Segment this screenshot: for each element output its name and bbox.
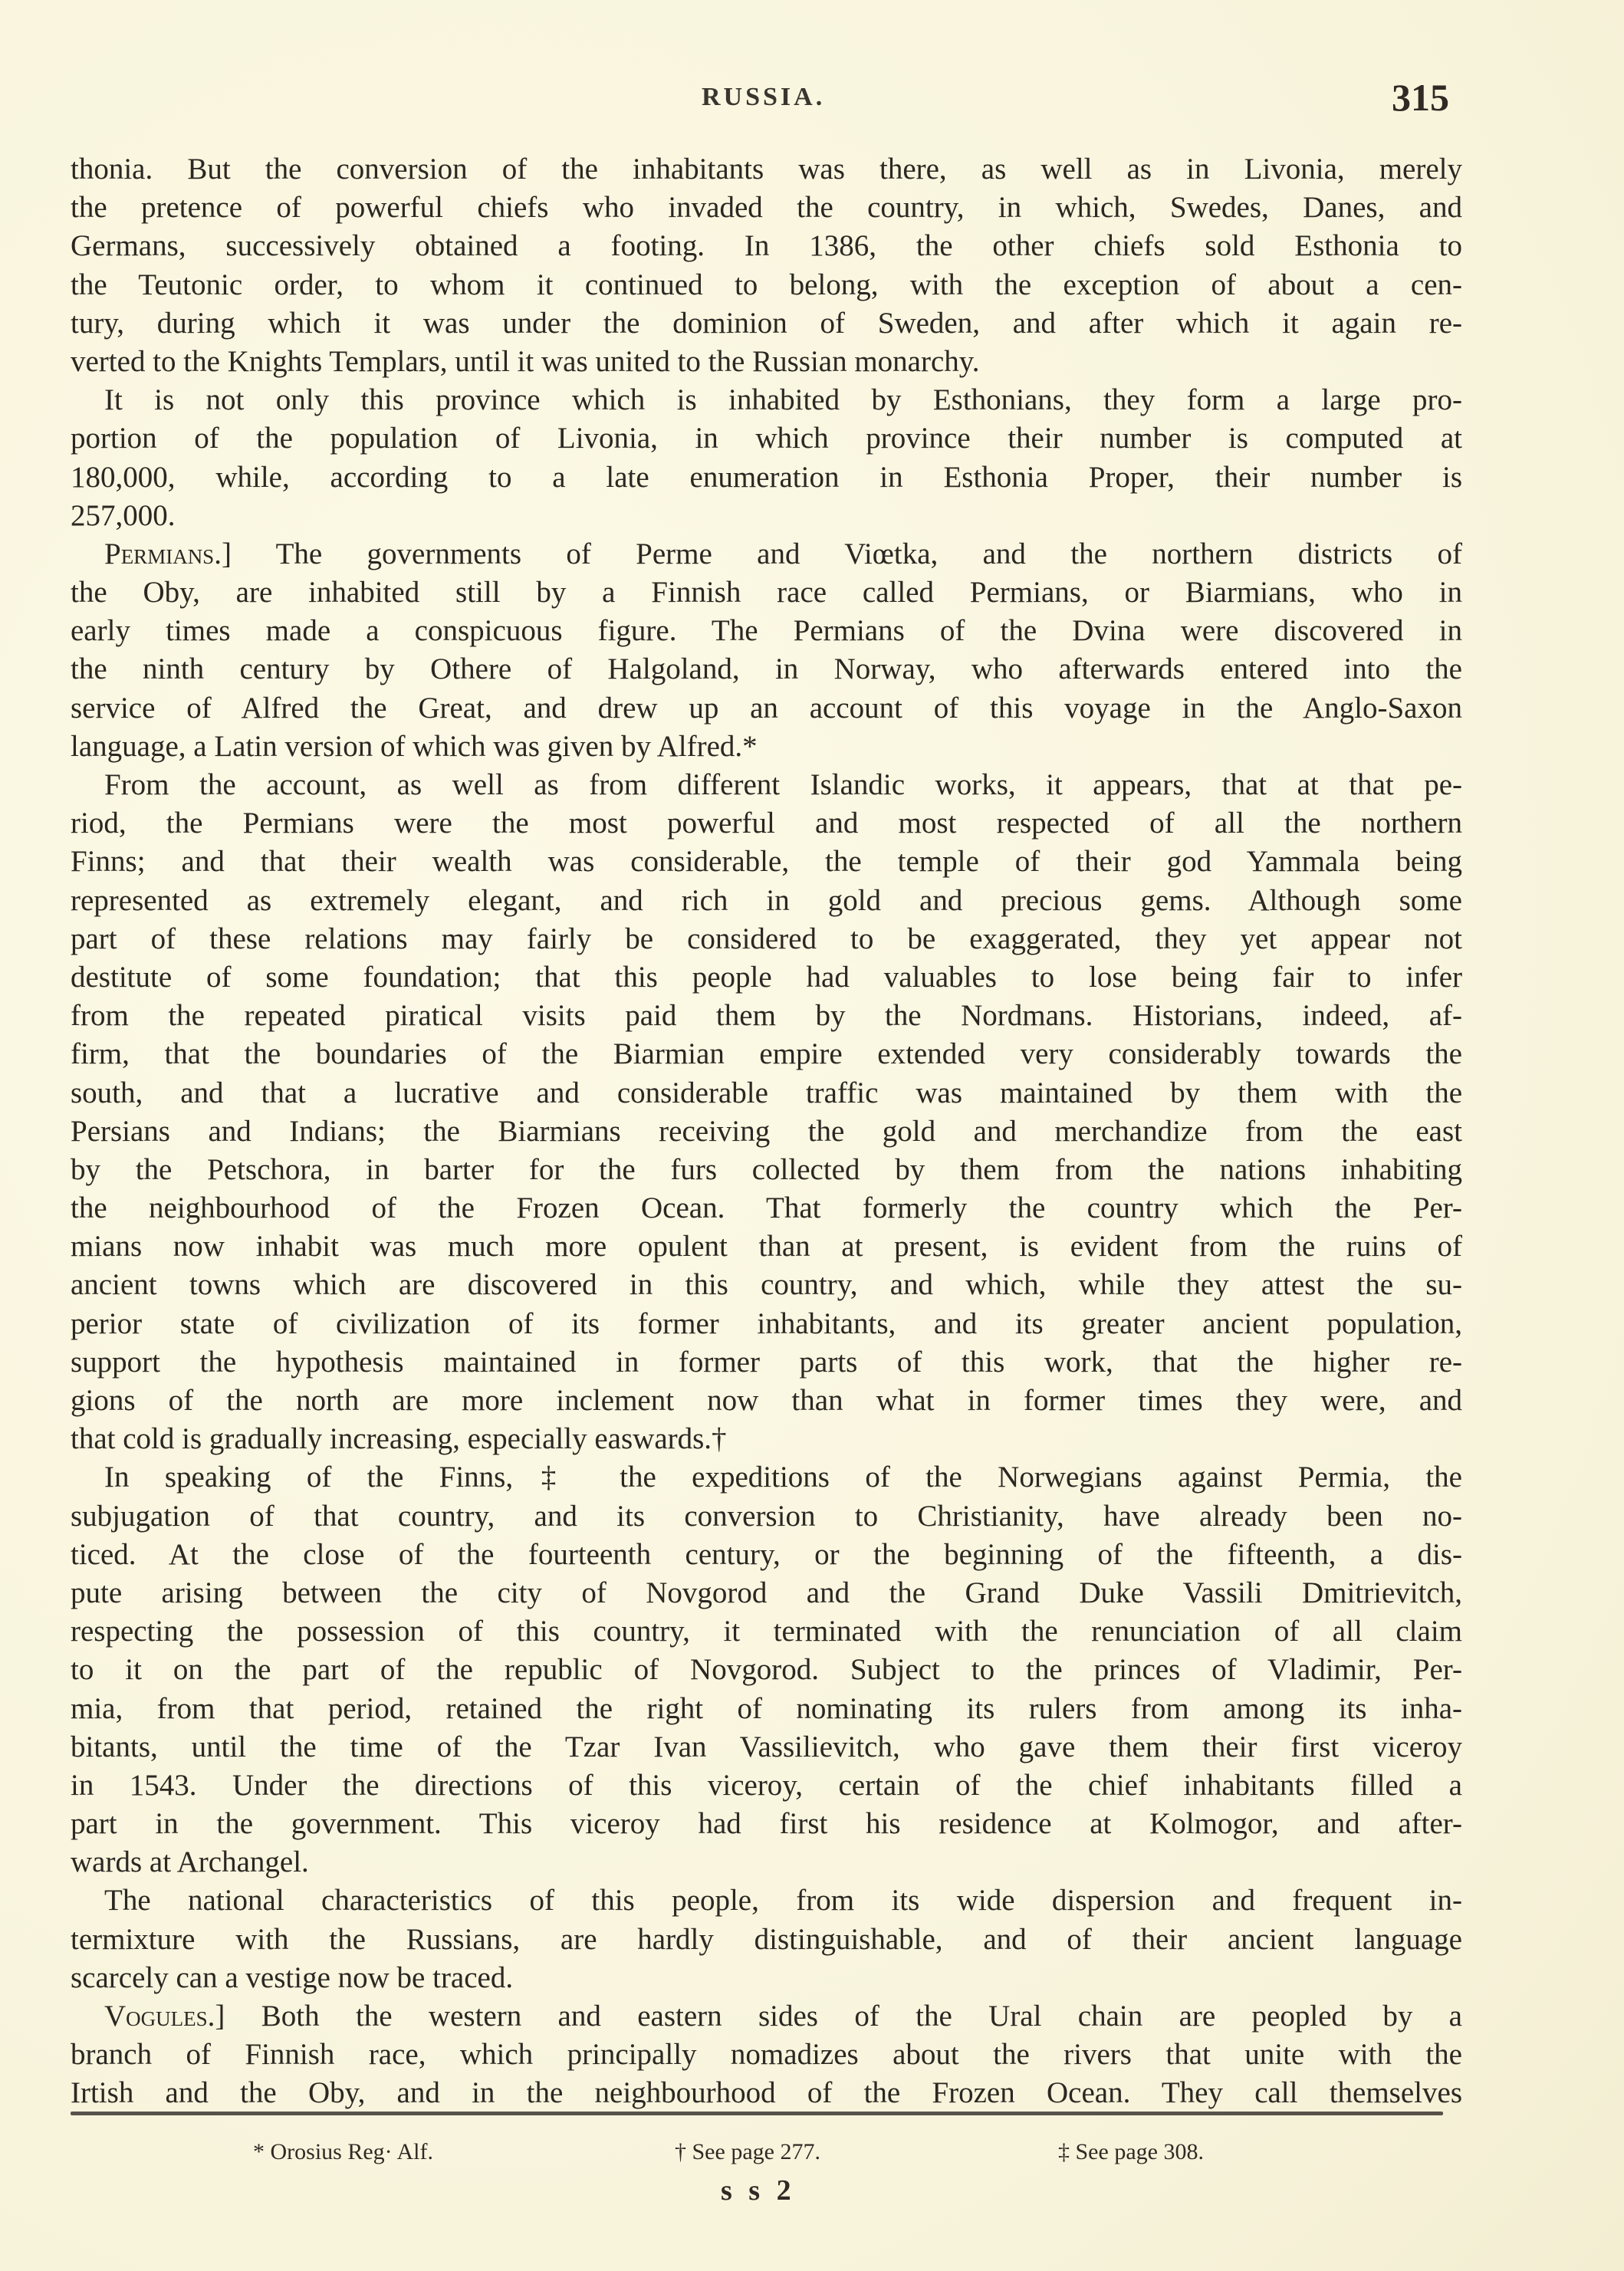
text-line: The national characteristics of this peo… <box>71 1882 1462 1920</box>
text-line: riod, the Permians were the most powerfu… <box>71 804 1462 843</box>
line-text: represented as extremely elegant, and ri… <box>71 884 1462 917</box>
text-line: termixture with the Russians, are hardly… <box>71 1921 1462 1959</box>
text-line: early times made a conspicuous figure. T… <box>71 612 1462 650</box>
text-line: pute arising between the city of Novgoro… <box>71 1574 1462 1612</box>
text-line: represented as extremely elegant, and ri… <box>71 882 1462 920</box>
footnote-rule <box>71 2112 1443 2115</box>
text-line: Irtish and the Oby, and in the neighbour… <box>71 2074 1462 2112</box>
body-text: thonia. But the conversion of the inhabi… <box>71 150 1462 2113</box>
text-line: service of Alfred the Great, and drew up… <box>71 689 1462 728</box>
line-text: Finns; and that their wealth was conside… <box>71 845 1462 878</box>
line-text: the pretence of powerful chiefs who inva… <box>71 191 1462 224</box>
page-number: 315 <box>1392 75 1449 120</box>
line-text: It is not only this province which is in… <box>104 383 1462 416</box>
text-line: firm, that the boundaries of the Biarmia… <box>71 1035 1462 1073</box>
line-text: in 1543. Under the directions of this vi… <box>71 1769 1462 1802</box>
line-text: that cold is gradually increasing, espec… <box>71 1422 727 1455</box>
text-line: perior state of civilization of its form… <box>71 1305 1462 1343</box>
footnote-text: See page 277. <box>692 2139 820 2164</box>
footnotes: * Orosius Reg· Alf. † See page 277. ‡ Se… <box>0 2139 1624 2177</box>
text-line: branch of Finnish race, which principall… <box>71 2036 1462 2074</box>
text-line: part in the government. This viceroy had… <box>71 1805 1462 1843</box>
line-text: the Oby, are inhabited still by a Finnis… <box>71 576 1462 609</box>
line-text: ancient towns which are discovered in th… <box>71 1268 1462 1301</box>
line-text: 257,000. <box>71 499 176 532</box>
line-text: The governments of Perme and Viœtka, and… <box>276 537 1462 570</box>
line-text: support the hypothesis maintained in for… <box>71 1346 1462 1379</box>
line-text: firm, that the boundaries of the Biarmia… <box>71 1037 1462 1070</box>
line-text: the ninth century by Othere of Halgoland… <box>71 652 1462 685</box>
line-text: riod, the Permians were the most powerfu… <box>71 807 1462 840</box>
line-text: bitants, until the time of the Tzar Ivan… <box>71 1730 1462 1763</box>
line-text: mia, from that period, retained the righ… <box>71 1692 1462 1725</box>
text-line: gions of the north are more inclement no… <box>71 1382 1462 1420</box>
text-line: south, and that a lucrative and consider… <box>71 1074 1462 1112</box>
text-line: to it on the part of the republic of Nov… <box>71 1651 1462 1689</box>
running-head: RUSSIA. 315 <box>0 77 1624 123</box>
text-line: subjugation of that country, and its con… <box>71 1497 1462 1536</box>
line-text: Both the western and eastern sides of th… <box>261 2000 1462 2033</box>
line-text: Persians and Indians; the Biarmians rece… <box>71 1115 1462 1148</box>
line-text: From the account, as well as from differ… <box>104 768 1462 801</box>
line-text: the neighbourhood of the Frozen Ocean. T… <box>71 1191 1462 1224</box>
line-text: thonia. But the conversion of the inhabi… <box>71 153 1462 186</box>
line-text: destitute of some foundation; that this … <box>71 961 1462 994</box>
line-text: In speaking of the Finns,‡ the expeditio… <box>104 1461 1462 1494</box>
line-text: part in the government. This viceroy had… <box>71 1807 1462 1840</box>
line-text: verted to the Knights Templars, until it… <box>71 345 980 378</box>
signature-mark: s s 2 <box>721 2174 796 2207</box>
text-line: mia, from that period, retained the righ… <box>71 1690 1462 1728</box>
text-line: language, a Latin version of which was g… <box>71 728 1462 766</box>
footnote-1: * Orosius Reg· Alf. <box>253 2139 433 2165</box>
line-text: mians now inhabit was much more opulent … <box>71 1230 1462 1263</box>
line-text: from the repeated piratical visits paid … <box>71 999 1462 1032</box>
text-line: the pretence of powerful chiefs who inva… <box>71 189 1462 227</box>
text-line: It is not only this province which is in… <box>71 381 1462 419</box>
text-line: scarcely can a vestige now be traced. <box>71 1959 1462 1997</box>
text-line: verted to the Knights Templars, until it… <box>71 343 1462 381</box>
line-text: Germans, successively obtained a footing… <box>71 229 1462 262</box>
text-line: tury, during which it was under the domi… <box>71 304 1462 343</box>
text-line: from the repeated piratical visits paid … <box>71 997 1462 1035</box>
text-line: that cold is gradually increasing, espec… <box>71 1420 1462 1458</box>
section-heading: Vogules.] <box>104 2000 225 2033</box>
line-text: early times made a conspicuous figure. T… <box>71 614 1462 647</box>
line-text: tury, during which it was under the domi… <box>71 307 1462 340</box>
line-text: Irtish and the Oby, and in the neighbour… <box>71 2076 1462 2109</box>
text-line: mians now inhabit was much more opulent … <box>71 1228 1462 1266</box>
footnote-mark: † <box>675 2139 686 2164</box>
text-line: From the account, as well as from differ… <box>71 766 1462 804</box>
text-line: Vogules.] Both the western and eastern s… <box>71 1997 1462 2036</box>
line-text: The national characteristics of this peo… <box>104 1884 1462 1917</box>
footnote-text: See page 308. <box>1076 2139 1204 2164</box>
text-line: thonia. But the conversion of the inhabi… <box>71 150 1462 189</box>
footnote-2: † See page 277. <box>675 2139 820 2165</box>
text-line: the Oby, are inhabited still by a Finnis… <box>71 574 1462 612</box>
line-text: wards at Archangel. <box>71 1845 309 1878</box>
text-line: support the hypothesis maintained in for… <box>71 1343 1462 1382</box>
line-text: pute arising between the city of Novgoro… <box>71 1576 1462 1609</box>
text-line: respecting the possession of this countr… <box>71 1612 1462 1651</box>
text-line: by the Petschora, in barter for the furs… <box>71 1151 1462 1189</box>
text-line: portion of the population of Livonia, in… <box>71 419 1462 458</box>
line-text: subjugation of that country, and its con… <box>71 1500 1462 1533</box>
line-text: termixture with the Russians, are hardly… <box>71 1923 1462 1956</box>
section-heading: Permians.] <box>104 537 232 570</box>
line-text: branch of Finnish race, which principall… <box>71 2038 1462 2071</box>
text-line: in 1543. Under the directions of this vi… <box>71 1767 1462 1805</box>
line-text: perior state of civilization of its form… <box>71 1307 1462 1340</box>
text-line: the neighbourhood of the Frozen Ocean. T… <box>71 1189 1462 1228</box>
line-text: to it on the part of the republic of Nov… <box>71 1653 1462 1686</box>
text-line: In speaking of the Finns,‡ the expeditio… <box>71 1458 1462 1497</box>
footnote-3: ‡ See page 308. <box>1058 2139 1204 2165</box>
text-line: the Teutonic order, to whom it continued… <box>71 266 1462 304</box>
footnote-mark: ‡ <box>1058 2139 1070 2164</box>
line-text: service of Alfred the Great, and drew up… <box>71 692 1462 725</box>
line-text: south, and that a lucrative and consider… <box>71 1076 1462 1109</box>
text-line: 180,000, while, according to a late enum… <box>71 458 1462 497</box>
footnote-text: Orosius Reg· Alf. <box>271 2139 434 2164</box>
line-text: ticed. At the close of the fourteenth ce… <box>71 1538 1462 1571</box>
text-line: the ninth century by Othere of Halgoland… <box>71 650 1462 689</box>
text-line: Persians and Indians; the Biarmians rece… <box>71 1112 1462 1151</box>
line-text: portion of the population of Livonia, in… <box>71 422 1462 455</box>
line-text: scarcely can a vestige now be traced. <box>71 1961 513 1994</box>
line-text: the Teutonic order, to whom it continued… <box>71 268 1462 301</box>
text-line: ancient towns which are discovered in th… <box>71 1266 1462 1304</box>
text-line: 257,000. <box>71 497 1462 535</box>
text-line: Finns; and that their wealth was conside… <box>71 843 1462 881</box>
running-title: RUSSIA. <box>702 83 825 112</box>
text-line: Permians.] The governments of Perme and … <box>71 535 1462 574</box>
text-line: destitute of some foundation; that this … <box>71 958 1462 997</box>
line-text: 180,000, while, according to a late enum… <box>71 461 1462 494</box>
text-line: wards at Archangel. <box>71 1843 1462 1882</box>
line-text: part of these relations may fairly be co… <box>71 922 1462 955</box>
line-text: respecting the possession of this countr… <box>71 1615 1462 1648</box>
line-text: gions of the north are more inclement no… <box>71 1384 1462 1417</box>
line-text: language, a Latin version of which was g… <box>71 730 758 763</box>
line-text: by the Petschora, in barter for the furs… <box>71 1153 1462 1186</box>
text-line: Germans, successively obtained a footing… <box>71 227 1462 265</box>
text-line: bitants, until the time of the Tzar Ivan… <box>71 1728 1462 1767</box>
text-line: ticed. At the close of the fourteenth ce… <box>71 1536 1462 1574</box>
footnote-mark: * <box>253 2139 265 2164</box>
text-line: part of these relations may fairly be co… <box>71 920 1462 958</box>
